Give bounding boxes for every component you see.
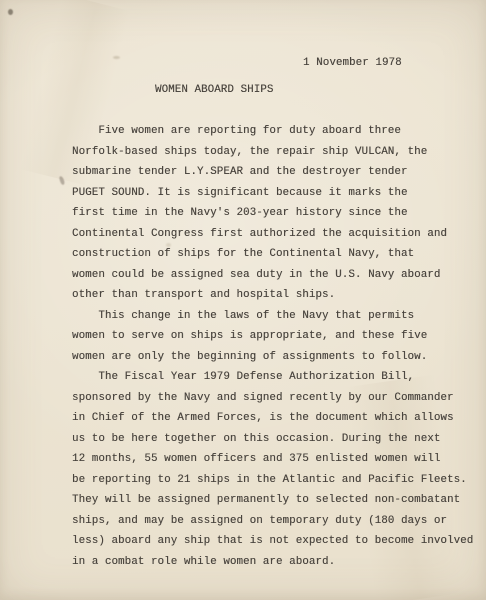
- text-line: They will be assigned permanently to sel…: [72, 490, 473, 511]
- text-line: This change in the laws of the Navy that…: [72, 306, 473, 327]
- text-line: be reporting to 21 ships in the Atlantic…: [72, 470, 473, 491]
- text-line: Five women are reporting for duty aboard…: [72, 121, 473, 142]
- paper-speck: [8, 9, 13, 15]
- document-title: WOMEN ABOARD SHIPS: [155, 83, 273, 97]
- text-line: submarine tender L.Y.SPEAR and the destr…: [72, 162, 473, 183]
- text-line: women to serve on ships is appropriate, …: [72, 326, 473, 347]
- text-line: first time in the Navy's 203-year histor…: [72, 203, 473, 224]
- text-line: Norfolk-based ships today, the repair sh…: [72, 142, 473, 163]
- text-line: construction of ships for the Continenta…: [72, 244, 473, 265]
- paper-speck: [113, 56, 120, 59]
- text-line: The Fiscal Year 1979 Defense Authorizati…: [72, 367, 473, 388]
- text-line: in a combat role while women are aboard.: [72, 552, 473, 573]
- paper-speck: [59, 176, 66, 186]
- document-page: 1 November 1978 WOMEN ABOARD SHIPS Five …: [0, 0, 486, 600]
- text-line: less) aboard any ship that is not expect…: [72, 531, 473, 552]
- paragraph: The Fiscal Year 1979 Defense Authorizati…: [72, 367, 473, 572]
- text-line: sponsored by the Navy and signed recentl…: [72, 388, 473, 409]
- text-line: Continental Congress first authorized th…: [72, 224, 473, 245]
- paragraph: Five women are reporting for duty aboard…: [72, 121, 473, 306]
- text-line: women are only the beginning of assignme…: [72, 347, 473, 368]
- text-line: 12 months, 55 women officers and 375 enl…: [72, 449, 473, 470]
- text-line: ships, and may be assigned on temporary …: [72, 511, 473, 532]
- paragraph: This change in the laws of the Navy that…: [72, 306, 473, 368]
- document-body: Five women are reporting for duty aboard…: [72, 121, 473, 572]
- text-line: other than transport and hospital ships.: [72, 285, 473, 306]
- text-line: PUGET SOUND. It is significant because i…: [72, 183, 473, 204]
- text-line: women could be assigned sea duty in the …: [72, 265, 473, 286]
- text-line: us to be here together on this occasion.…: [72, 429, 473, 450]
- document-date: 1 November 1978: [303, 56, 402, 70]
- text-line: in Chief of the Armed Forces, is the doc…: [72, 408, 473, 429]
